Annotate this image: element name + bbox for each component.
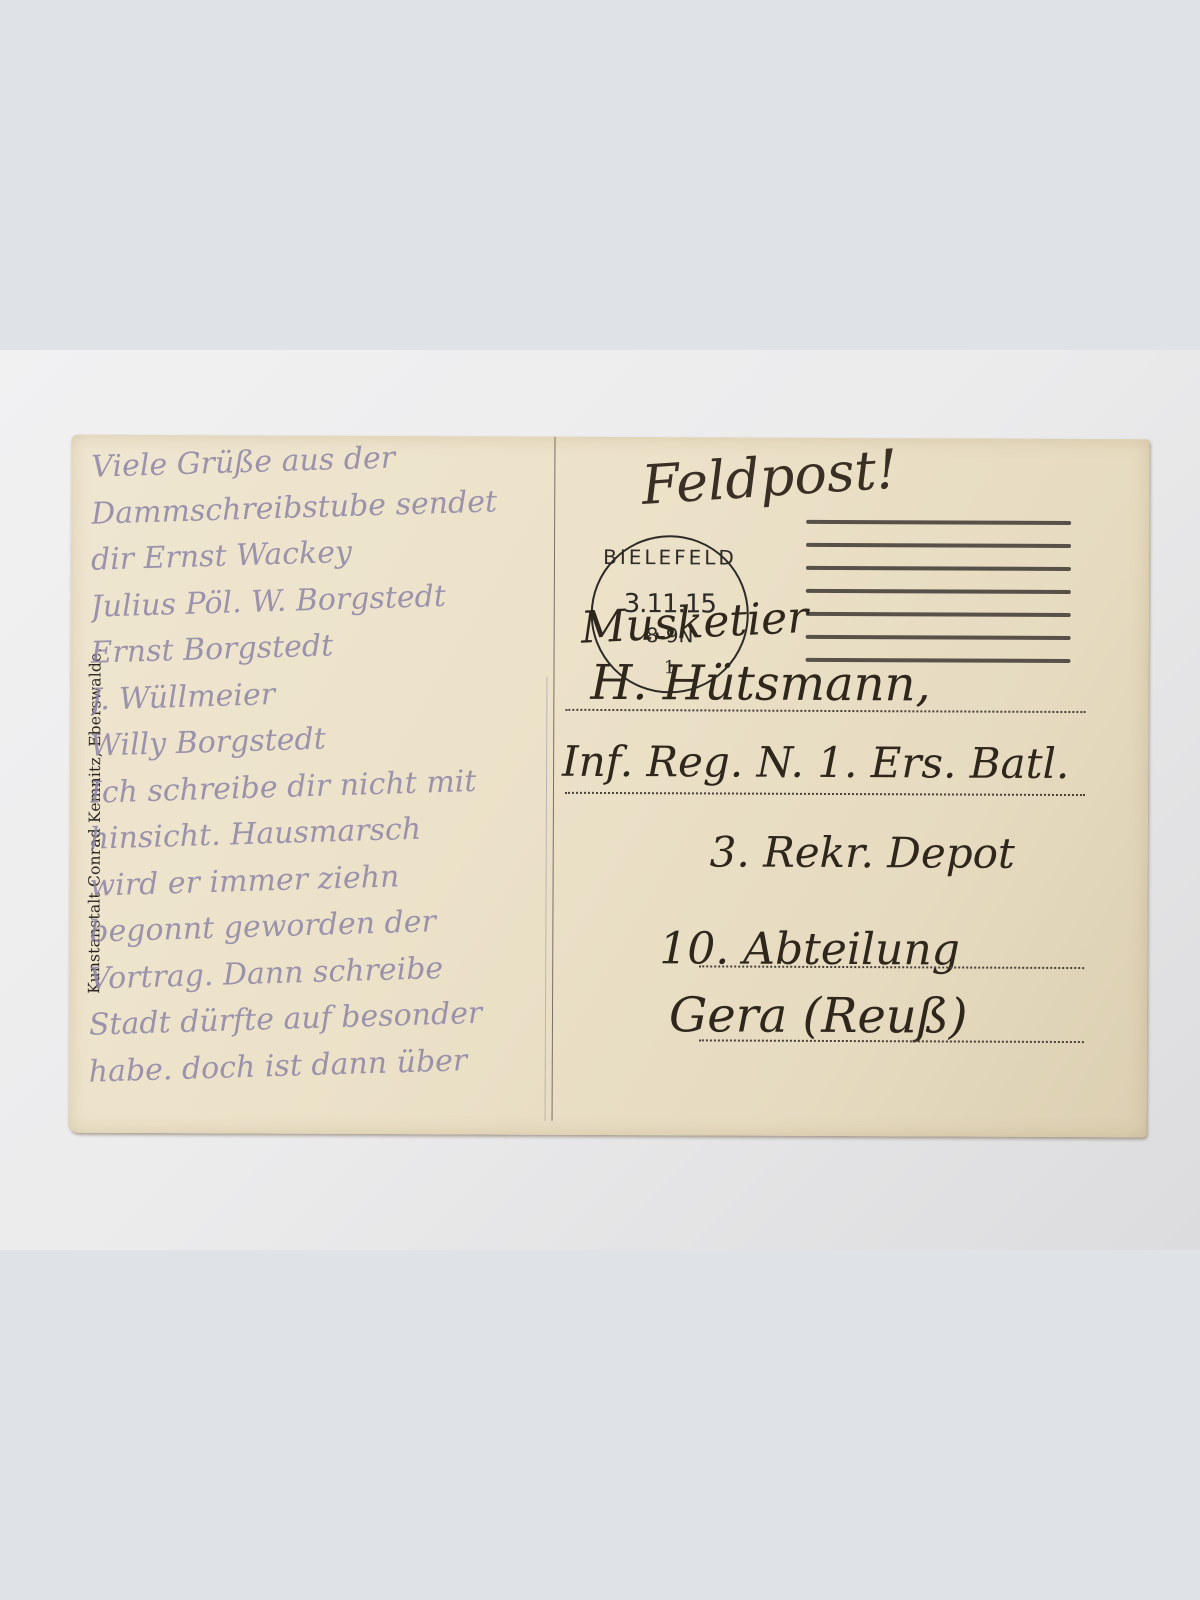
feldpost-header: Feldpost!: [640, 437, 900, 517]
center-divider: [552, 437, 556, 1121]
address-unit: Inf. Reg. N. 1. Ers. Batl.: [562, 737, 1069, 788]
handwritten-message: Viele Grüße aus der Dammschreibstube sen…: [89, 445, 552, 1098]
address-city: Gera (Reuß): [669, 987, 968, 1044]
address-name: H. Hütsmann,: [590, 655, 931, 712]
postcard-back: Kunstanstalt Conrad Kemnitz, Eberswalde.…: [68, 435, 1149, 1138]
address-depot: 3. Rekr. Depot: [710, 827, 1015, 877]
address-line-1: [565, 709, 1085, 713]
postmark-city: BIELEFELD: [593, 545, 747, 570]
address-line-2: [565, 792, 1085, 796]
address-rank: Musketier: [580, 592, 810, 654]
